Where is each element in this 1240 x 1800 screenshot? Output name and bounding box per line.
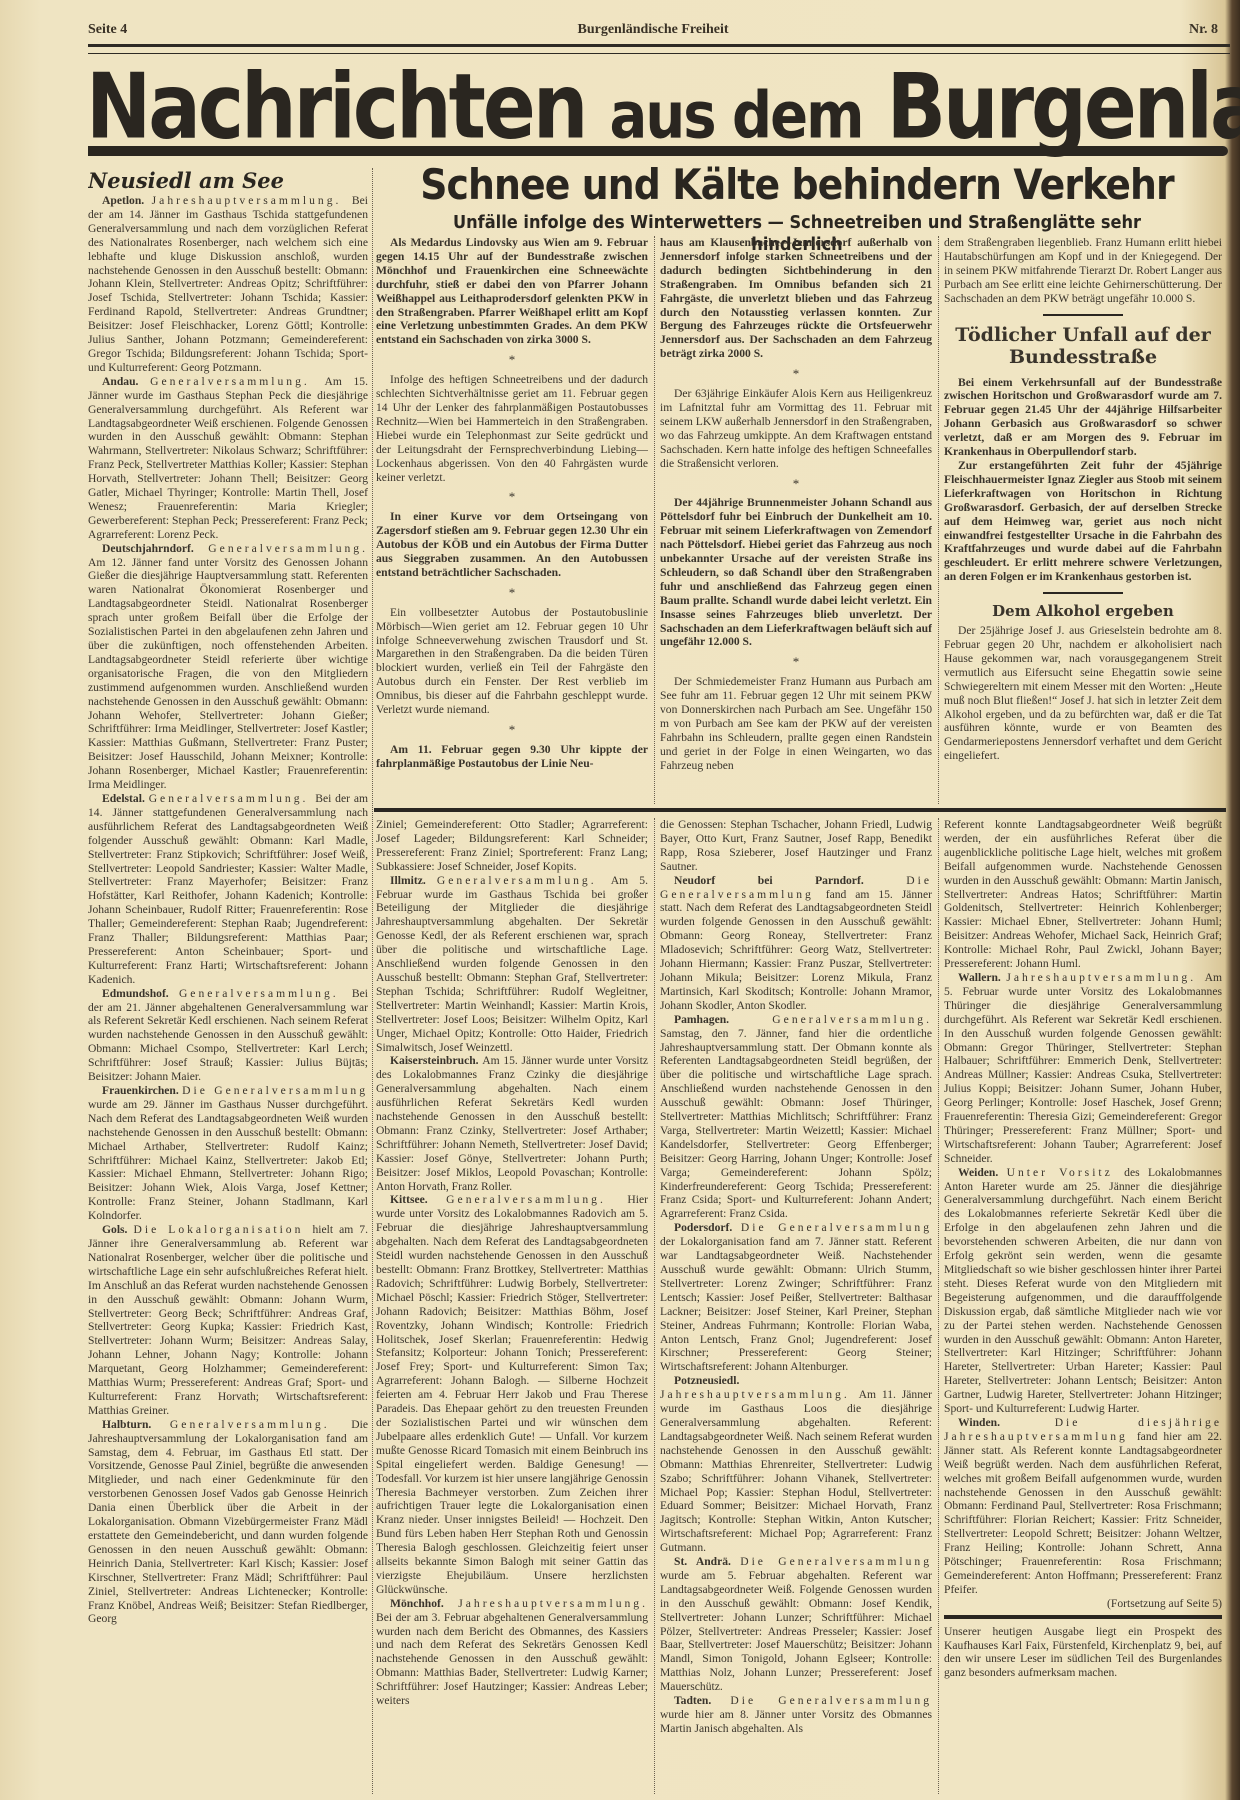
place-name: Edmundshof. — [102, 987, 179, 1000]
entries-list: Apetlon. Jahreshauptversammlung. Bei der… — [88, 194, 368, 1626]
meeting-type: Generalversammlung. — [149, 792, 316, 805]
story-paragraph: Infolge des heftigen Schneetreibens und … — [376, 373, 648, 484]
meeting-type: Jahreshauptversammlung. — [152, 194, 352, 207]
lower-col-3: die Genossen: Stephan Tschacher, Johann … — [660, 818, 932, 1794]
entry-text: des Lokalobmannes Anton Hareter wurde am… — [944, 1166, 1222, 1415]
column-divider — [372, 168, 373, 1794]
entry-text: Am 12. Jänner fand unter Vorsitz des Gen… — [88, 556, 368, 792]
meeting-type: Generalversammlung. — [446, 1193, 627, 1206]
meeting-type: Generalversammlung. — [208, 542, 368, 555]
list-item: Wallern. Jahreshauptversammlung. Am 5. F… — [944, 971, 1222, 1166]
entry-text: Ziniel; Gemeindereferent: Otto Stadler; … — [376, 818, 648, 873]
place-name: Weiden. — [958, 1166, 1007, 1179]
story-paragraph: haus am Klausenbache—Jennersdorf außerha… — [660, 236, 932, 361]
header-rule — [88, 44, 1230, 54]
list-item: Neudorf bei Parndorf. Die Generalversamm… — [660, 874, 932, 1013]
separator-asterisk: * — [376, 353, 648, 367]
list-item: Deutschjahrndorf. Generalversammlung. Am… — [88, 542, 368, 792]
place-name: St. Andrä. — [674, 1555, 740, 1568]
masthead-word-2: aus dem — [610, 79, 863, 154]
list-item: Halbturn. Generalversammlung. Die Jahres… — [88, 1418, 368, 1627]
place-name: Winden. — [958, 1416, 1055, 1429]
story-divider — [1043, 592, 1123, 594]
list-item: Ziniel; Gemeindereferent: Otto Stadler; … — [376, 818, 648, 874]
fatal-accident-p1: Bei einem Verkehrsunfall auf der Bundess… — [944, 376, 1222, 459]
separator-asterisk: * — [376, 586, 648, 600]
list-item: Referent konnte Landtagsabgeordneter Wei… — [944, 818, 1222, 971]
list-item: Mönchhof. Jahreshauptversammlung. Bei de… — [376, 1597, 648, 1708]
entry-text: Am 15. Jänner wurde unter Vorsitz des Lo… — [376, 1054, 648, 1192]
story-paragraph: Am 11. Februar gegen 9.30 Uhr kippte der… — [376, 743, 648, 771]
meeting-type: Generalversammlung. — [150, 375, 324, 388]
alcohol-headline: Dem Alkohol ergeben — [944, 602, 1222, 620]
section-heading: Neusiedl am See — [88, 168, 368, 194]
fatal-accident-p2: Zur erstangeführten Zeit fuhr der 45jähr… — [944, 459, 1222, 584]
story-paragraph: Ein vollbesetzter Autobus der Postautobu… — [376, 606, 648, 717]
separator-asterisk: * — [376, 723, 648, 737]
list-item: Tadten. Die Generalversammlung wurde hie… — [660, 1694, 932, 1736]
meeting-type: Jahreshauptversammlung. — [660, 1388, 859, 1401]
issue-number: Nr. 8 — [1189, 22, 1218, 38]
story-paragraph: Der 63jährige Einkäufer Alois Kern aus H… — [660, 387, 932, 470]
list-item: Illmitz. Generalversammlung. Am 5. Febru… — [376, 874, 648, 1055]
column-divider — [654, 236, 655, 804]
lead-story-col-1: Als Medardus Lindovsky aus Wien am 9. Fe… — [376, 236, 648, 804]
meeting-type: Die Generalversammlung — [740, 1555, 932, 1568]
column-divider — [938, 236, 939, 804]
list-item: Podersdorf. Die Generalversammlung der L… — [660, 1221, 932, 1374]
meeting-type: Generalversammlung. — [170, 1418, 351, 1431]
place-name: Halbturn. — [102, 1418, 170, 1431]
meeting-type: Die Lokalorganisation — [133, 1223, 312, 1236]
list-item: Kittsee. Generalversammlung. Hier wurde … — [376, 1193, 648, 1596]
column-neusiedl: Neusiedl am See Apetlon. Jahreshauptvers… — [88, 168, 368, 1794]
entry-text: fand am 15. Jänner statt. Nach dem Refer… — [660, 888, 932, 1012]
entries-list: Referent konnte Landtagsabgeordneter Wei… — [944, 818, 1222, 1597]
place-name: Tadten. — [674, 1694, 730, 1707]
list-item: Andau. Generalversammlung. Am 15. Jänner… — [88, 375, 368, 542]
column-divider — [938, 818, 939, 1794]
place-name: Edelstal. — [102, 792, 149, 805]
newspaper-name: Burgenländische Freiheit — [88, 22, 1218, 38]
meeting-type: Generalversammlung. — [772, 1013, 932, 1026]
masthead-word-1: Nachrichten — [86, 56, 585, 160]
place-name: Andau. — [102, 375, 150, 388]
place-name: Kittsee. — [390, 1193, 446, 1206]
meeting-type: Generalversammlung. — [437, 874, 611, 887]
fatal-accident-headline: Tödlicher Unfall auf der Bundesstraße — [944, 324, 1222, 368]
lead-headline: Schnee und Kälte behindern Verkehr — [415, 160, 1180, 210]
lead-story-continuation: dem Straßengraben liegenblieb. Franz Hum… — [944, 236, 1222, 306]
meeting-type: Die Generalversammlung — [182, 1084, 368, 1097]
story-paragraph: Der 44jährige Brunnenmeister Johann Scha… — [660, 496, 932, 649]
place-name: Apetlon. — [102, 194, 152, 207]
meeting-type: Generalversammlung. — [179, 987, 352, 1000]
list-item: die Genossen: Stephan Tschacher, Johann … — [660, 818, 932, 874]
entry-text: wurde am 29. Jänner im Gasthaus Nusser d… — [88, 1098, 368, 1222]
entry-text: wurde am 5. Februar abgehalten. Referent… — [660, 1569, 932, 1693]
lower-col-2: Ziniel; Gemeindereferent: Otto Stadler; … — [376, 818, 648, 1794]
entry-text: fand hier am 22. Jänner statt. Als Refer… — [944, 1430, 1222, 1596]
place-name: Pamhagen. — [674, 1013, 772, 1026]
entry-text: Am 11. Jänner wurde im Gasthaus Loos die… — [660, 1388, 932, 1554]
entry-text: Die Jahreshauptversammlung der Lokalorga… — [88, 1418, 368, 1626]
story-divider — [1043, 314, 1123, 316]
entry-text: Bei der am 14. Jänner im Gasthaus Tschid… — [88, 194, 368, 374]
separator-asterisk: * — [376, 490, 648, 504]
entry-text: Bei der am 14. Jänner stattgefundenen Ge… — [88, 792, 368, 986]
place-name: Wallern. — [958, 971, 1006, 984]
list-item: Frauenkirchen. Die Generalversammlung wu… — [88, 1084, 368, 1223]
running-head: Seite 4 Burgenländische Freiheit Nr. 8 — [88, 22, 1218, 44]
place-name: Potzneusiedl. — [674, 1374, 739, 1387]
entry-text: Referent konnte Landtagsabgeordneter Wei… — [944, 818, 1222, 970]
separator-asterisk: * — [660, 477, 932, 491]
right-stories: dem Straßengraben liegenblieb. Franz Hum… — [944, 236, 1222, 804]
place-name: Neudorf bei Parndorf. — [674, 874, 906, 887]
insert-notice: Unserer heutigen Ausgabe liegt ein Prosp… — [944, 1625, 1222, 1681]
entry-text: der Lokalorganisation fand am 7. Jänner … — [660, 1235, 932, 1373]
place-name: Frauenkirchen. — [102, 1084, 182, 1097]
list-item: Weiden. Unter Vorsitz des Lokalobmannes … — [944, 1166, 1222, 1416]
meeting-type: Jahreshauptversammlung. — [458, 1597, 648, 1610]
meeting-type: Unter Vorsitz — [1007, 1166, 1125, 1179]
entry-text: die Genossen: Stephan Tschacher, Johann … — [660, 818, 932, 873]
list-item: Gols. Die Lokalorganisation hielt am 7. … — [88, 1223, 368, 1418]
separator-asterisk: * — [660, 367, 932, 381]
list-item: Apetlon. Jahreshauptversammlung. Bei der… — [88, 194, 368, 375]
story-paragraph: Als Medardus Lindovsky aus Wien am 9. Fe… — [376, 236, 648, 347]
list-item: Potzneusiedl. Jahreshauptversammlung. Am… — [660, 1374, 932, 1555]
place-name: Kaisersteinbruch. — [390, 1054, 482, 1067]
list-item: Edelstal. Generalversammlung. Bei der am… — [88, 792, 368, 987]
entry-text: hielt am 7. Jänner ihre Generalversammlu… — [88, 1223, 368, 1417]
story-paragraph: In einer Kurve vor dem Ortseingang von Z… — [376, 510, 648, 580]
meeting-type: Die Generalversammlung — [730, 1694, 932, 1707]
column-divider — [654, 818, 655, 1794]
lead-story-col-2: haus am Klausenbache—Jennersdorf außerha… — [660, 236, 932, 804]
masthead-rule — [88, 146, 1228, 156]
place-name: Podersdorf. — [674, 1221, 741, 1234]
meeting-type: Die Generalversammlung — [741, 1221, 932, 1234]
continued-note: (Fortsetzung auf Seite 5) — [944, 1597, 1222, 1611]
list-item: Pamhagen. Generalversammlung. Samstag, d… — [660, 1013, 932, 1222]
entry-text: Bei der am 21. Jänner abgehaltenen Gener… — [88, 987, 368, 1083]
entry-text: Am 5. Februar wurde im Gasthaus Tschida … — [376, 874, 648, 1054]
list-item: St. Andrä. Die Generalversammlung wurde … — [660, 1555, 932, 1694]
list-item: Edmundshof. Generalversammlung. Bei der … — [88, 987, 368, 1084]
entry-text: Hier wurde unter Vorsitz des Lokalobmann… — [376, 1193, 648, 1595]
place-name: Mönchhof. — [390, 1597, 458, 1610]
list-item: Kaisersteinbruch. Am 15. Jänner wurde un… — [376, 1054, 648, 1193]
section-masthead: Nachrichten aus dem Burgenland — [86, 58, 1226, 157]
entry-text: Bei der am 3. Februar abgehaltenen Gener… — [376, 1611, 648, 1707]
place-name: Gols. — [102, 1223, 133, 1236]
separator-asterisk: * — [660, 655, 932, 669]
place-name: Deutschjahrndorf. — [102, 542, 208, 555]
meeting-type: Jahreshauptversammlung. — [1006, 971, 1204, 984]
notice-rule — [944, 1615, 1222, 1619]
list-item: Winden. Die diesjährige Jahreshauptversa… — [944, 1416, 1222, 1597]
entry-text: wurde hier am 8. Jänner unter Vorsitz de… — [660, 1708, 932, 1735]
lower-col-4: Referent konnte Landtagsabgeordneter Wei… — [944, 818, 1222, 1794]
section-rule — [374, 808, 1226, 812]
entry-text: Samstag, den 7. Jänner, fand hier die or… — [660, 1027, 932, 1221]
newspaper-page: Seite 4 Burgenländische Freiheit Nr. 8 N… — [0, 0, 1240, 1800]
story-paragraph: Der Schmiedemeister Franz Humann aus Pur… — [660, 675, 932, 772]
place-name: Illmitz. — [390, 874, 437, 887]
entry-text: Am 15. Jänner wurde im Gasthaus Stephan … — [88, 375, 368, 541]
alcohol-text: Der 25jährige Josef J. aus Grieselstein … — [944, 624, 1222, 763]
entry-text: Am 5. Februar wurde unter Vorsitz des Lo… — [944, 971, 1222, 1165]
masthead-word-3: Burgenland — [887, 56, 1240, 160]
